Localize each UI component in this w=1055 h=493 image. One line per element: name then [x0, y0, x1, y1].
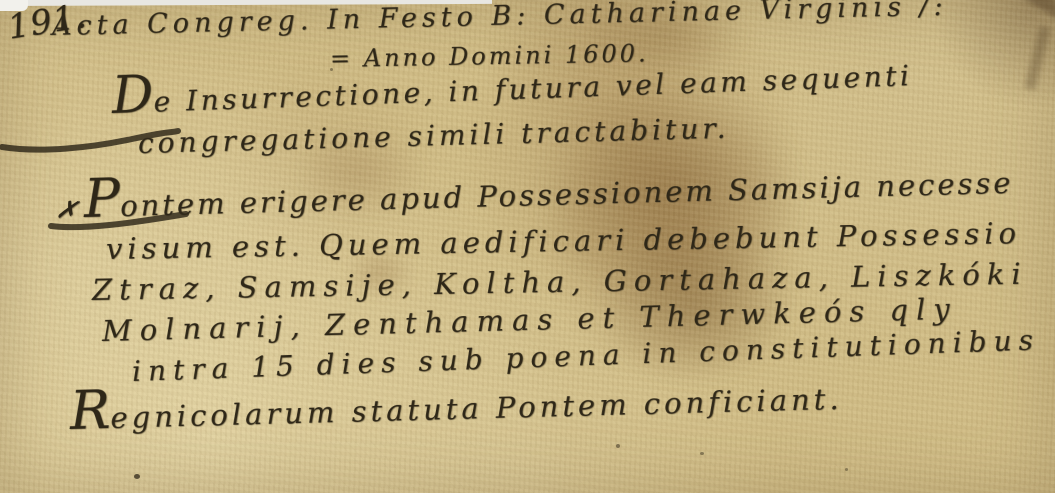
paper-edge-shadow [1004, 0, 1055, 28]
ink-spot [616, 444, 620, 448]
marginal-cross-mark: ✗ [54, 194, 80, 227]
ink-spot [134, 474, 140, 479]
para2-line-1: Pontem erigere apud Possessionem Samsija… [83, 160, 1013, 224]
para1-line-2: congregatione simili tractabitur. [138, 112, 730, 160]
ink-spot [845, 468, 848, 471]
heading-line-1: Acta Congreg. In Festo B: Catharinae Vir… [52, 0, 948, 42]
ink-spot [700, 452, 704, 455]
manuscript-page: 191. Acta Congreg. In Festo B: Catharina… [0, 0, 1055, 493]
paper-edge-shadow-2 [1024, 26, 1050, 91]
ink-spot [330, 68, 333, 71]
